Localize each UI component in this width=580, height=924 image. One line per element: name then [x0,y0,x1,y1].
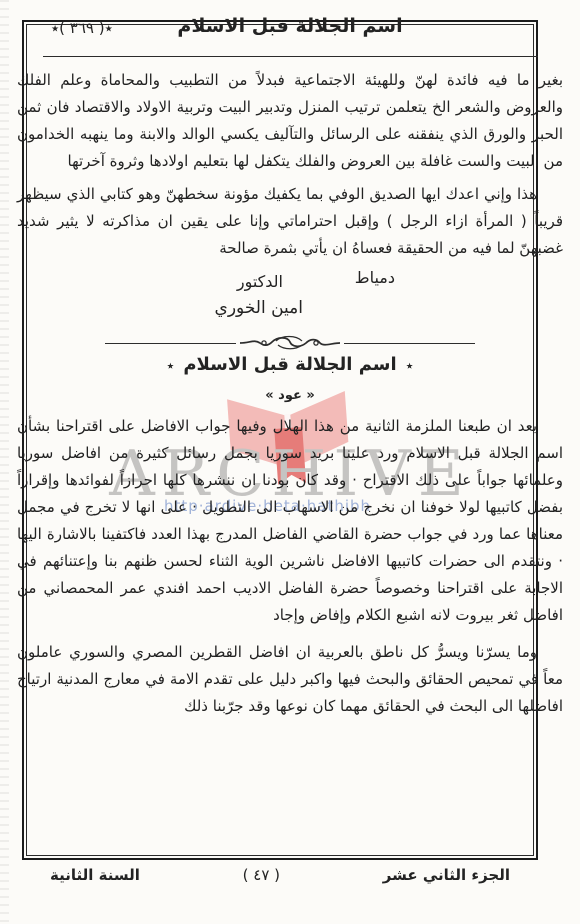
section-title-row: ٭اسم الجلالة قبل الاسلام٭ [15,354,565,375]
section-subtitle: « عود » [15,388,565,403]
section-title: اسم الجلالة قبل الاسلام [183,354,396,375]
header-rule [43,56,538,57]
signature-place: دمياط [355,268,395,287]
divider-line [105,343,236,344]
page-header: ٭( ٣٦٩ )٭ اسم الجلالة قبل الاسلام [15,6,565,52]
signature-title: الدكتور [237,272,283,291]
footer-year-label: السنة الثانية [50,866,140,884]
flower-ornament-icon: ٭ [406,358,414,374]
footer-part-label: الجزء الثاني عشر [383,866,510,884]
article-paragraph: بعد ان طبعنا الملزمة الثانية من هذا الهل… [17,413,563,629]
section-heading: ٭اسم الجلالة قبل الاسلام٭ « عود » [15,354,565,403]
letter-paragraph: بغير ما فيه فائدة لهنّ وللهيئة الاجتماعي… [17,67,563,175]
running-title: اسم الجلالة قبل الاسلام [15,15,565,37]
page-content: ٭( ٣٦٩ )٭ اسم الجلالة قبل الاسلام بغير م… [15,6,565,918]
footer-page-number: ( ٤٧ ) [243,866,280,884]
article-paragraph: وما يسرّنا ويسرُّ كل ناطق بالعربية ان اف… [17,639,563,720]
scanned-page: ARCHIVE http·ardive·beta·hathibh ٭( ٣٦٩ … [0,0,580,924]
signature-block: دمياط الدكتور امين الخوري [15,266,565,328]
divider-flourish-icon [238,334,342,352]
page-footer: الجزء الثاني عشر ( ٤٧ ) السنة الثانية [22,866,538,884]
flower-ornament-icon: ٭ [167,358,175,374]
letter-paragraph: هذا وإني اعدك ايها الصديق الوفي بما يكفي… [17,181,563,262]
ornamental-divider [105,334,475,352]
divider-line [344,343,475,344]
signature-name: امين الخوري [215,298,303,318]
